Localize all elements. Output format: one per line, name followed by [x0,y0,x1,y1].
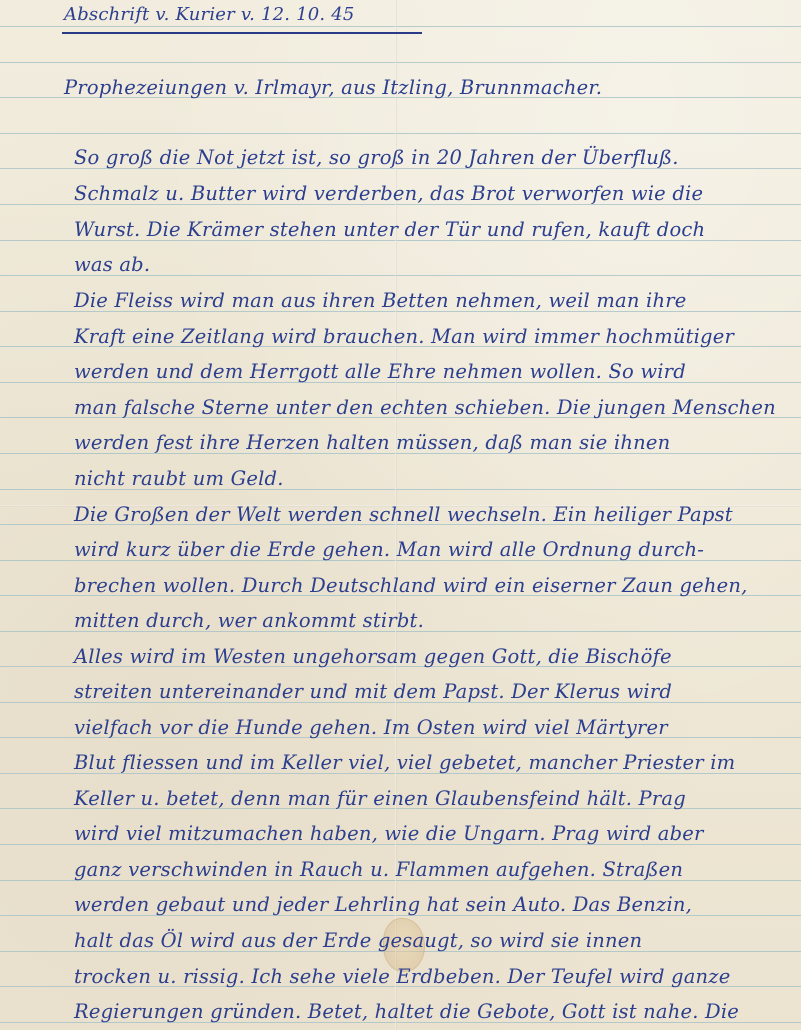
title-underline [62,32,422,34]
document-title: Abschrift v. Kurier v. 12. 10. 45 [64,6,355,24]
text-line: nicht raubt um Geld. [74,469,284,489]
text-line: streiten untereinander und mit dem Papst… [74,682,672,702]
text-line: Kraft eine Zeitlang wird brauchen. Man w… [74,327,734,347]
text-line: Blut fliessen und im Keller viel, viel g… [74,753,735,773]
ruling-line [0,133,801,134]
text-line: Die Fleiss wird man aus ihren Betten neh… [74,291,687,311]
text-line: wird viel mitzumachen haben, wie die Ung… [74,824,704,844]
text-line: was ab. [74,255,150,275]
text-line: werden und dem Herrgott alle Ehre nehmen… [74,362,686,382]
text-line: So groß die Not jetzt ist, so groß in 20… [74,148,679,168]
text-line: brechen wollen. Durch Deutschland wird e… [74,576,748,596]
ruling-line [0,26,801,27]
text-line: Keller u. betet, denn man für einen Glau… [74,789,686,809]
text-line: Schmalz u. Butter wird verderben, das Br… [74,184,703,204]
text-line: mitten durch, wer ankommt stirbt. [74,611,424,631]
text-line: wird kurz über die Erde gehen. Man wird … [74,540,704,560]
text-line: Die Großen der Welt werden schnell wechs… [74,505,733,525]
text-line: halt das Öl wird aus der Erde gesaugt, s… [74,931,642,951]
handwritten-letter-page: Abschrift v. Kurier v. 12. 10. 45 Prophe… [0,0,801,1030]
text-line: Regierungen gründen. Betet, haltet die G… [74,1002,739,1022]
text-line: vielfach vor die Hunde gehen. Im Osten w… [74,718,668,738]
text-line: man falsche Sterne unter den echten schi… [74,398,776,418]
text-line: Alles wird im Westen ungehorsam gegen Go… [74,647,672,667]
ruling-line [0,62,801,63]
text-line: werden fest ihre Herzen halten müssen, d… [74,433,670,453]
text-line: Wurst. Die Krämer stehen unter der Tür u… [74,220,705,240]
text-line: trocken u. rissig. Ich sehe viele Erdbeb… [74,967,731,987]
text-line: ganz verschwinden in Rauch u. Flammen au… [74,860,683,880]
text-line: werden gebaut und jeder Lehrling hat sei… [74,895,692,915]
document-heading: Prophezeiungen v. Irlmayr, aus Itzling, … [64,78,602,98]
